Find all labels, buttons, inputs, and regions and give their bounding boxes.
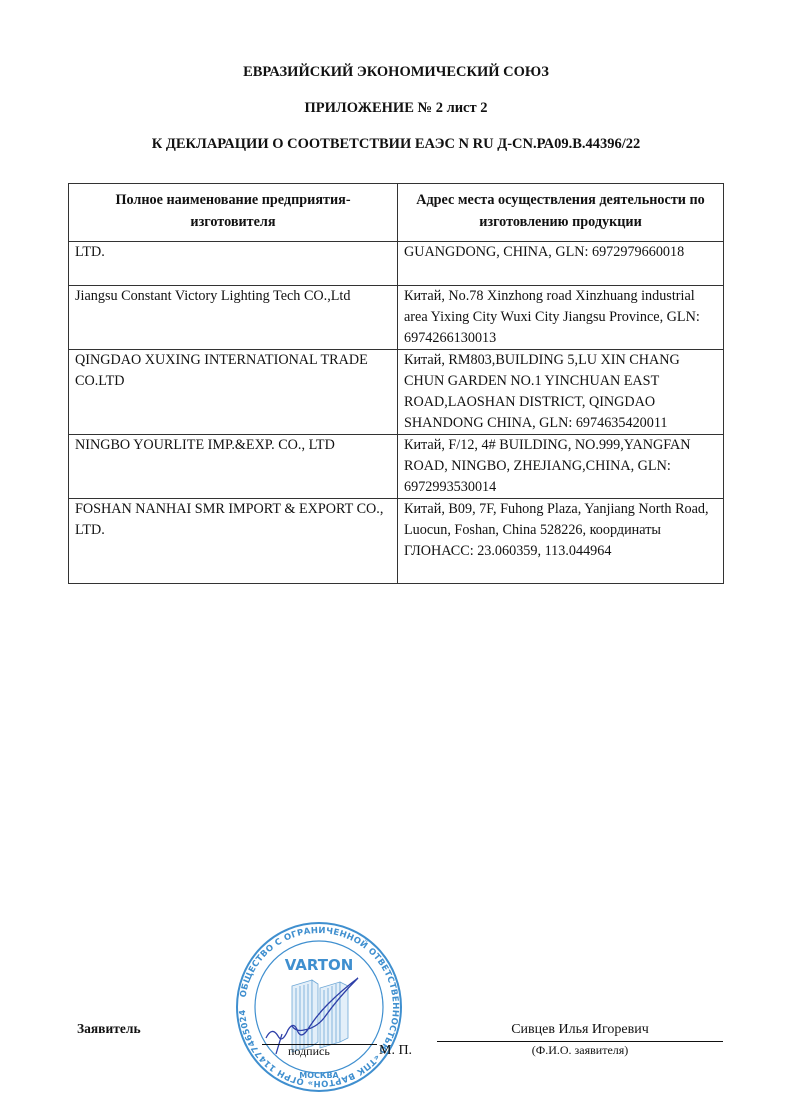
manufacturer-name: FOSHAN NANHAI SMR IMPORT & EXPORT CO., L… <box>69 499 398 584</box>
union-title: ЕВРАЗИЙСКИЙ ЭКОНОМИЧЕСКИЙ СОЮЗ <box>0 64 792 81</box>
table-row: NINGBO YOURLITE IMP.&EXP. CO., LTD Китай… <box>69 435 724 499</box>
column-header-address: Адрес места осуществления деятельности п… <box>398 184 724 242</box>
company-stamp: ОБЩЕСТВО С ОГРАНИЧЕННОЙ ОТВЕТСТВЕННОСТЬЮ… <box>230 918 408 1096</box>
manufacturer-address: Китай, B09, 7F, Fuhong Plaza, Yanjiang N… <box>398 499 724 584</box>
manufacturer-address: Китай, No.78 Xinzhong road Xinzhuang ind… <box>398 286 724 350</box>
name-line <box>437 1041 723 1042</box>
manufacturer-name: LTD. <box>69 242 398 286</box>
name-caption: (Ф.И.О. заявителя) <box>437 1043 723 1058</box>
table-row: FOSHAN NANHAI SMR IMPORT & EXPORT CO., L… <box>69 499 724 584</box>
manufacturer-address: GUANGDONG, CHINA, GLN: 6972979660018 <box>398 242 724 286</box>
declaration-title: К ДЕКЛАРАЦИИ О СООТВЕТСТВИИ ЕАЭС N RU Д-… <box>0 136 792 153</box>
table-row: QINGDAO XUXING INTERNATIONAL TRADE CO.LT… <box>69 350 724 435</box>
table-header-row: Полное наименование предприятия-изготови… <box>69 184 724 242</box>
manufacturer-address: Китай, RM803,BUILDING 5,LU XIN CHANG CHU… <box>398 350 724 435</box>
appendix-title: ПРИЛОЖЕНИЕ № 2 лист 2 <box>0 100 792 117</box>
table-row: Jiangsu Constant Victory Lighting Tech C… <box>69 286 724 350</box>
table-row: LTD. GUANGDONG, CHINA, GLN: 697297966001… <box>69 242 724 286</box>
seal-label: М. П. <box>379 1043 412 1059</box>
manufacturers-table: Полное наименование предприятия-изготови… <box>68 183 724 584</box>
stamp-city: МОСКВА <box>299 1071 339 1080</box>
building-logo-icon <box>292 980 348 1052</box>
stamp-brand: VARTON <box>285 956 354 974</box>
applicant-label: Заявитель <box>77 1021 141 1037</box>
applicant-name: Сивцев Илья Игоревич <box>437 1022 723 1038</box>
manufacturer-address: Китай, F/12, 4# BUILDING, NO.999,YANGFAN… <box>398 435 724 499</box>
manufacturer-name: QINGDAO XUXING INTERNATIONAL TRADE CO.LT… <box>69 350 398 435</box>
column-header-name: Полное наименование предприятия-изготови… <box>69 184 398 242</box>
manufacturer-name: NINGBO YOURLITE IMP.&EXP. CO., LTD <box>69 435 398 499</box>
signature-caption: подпись <box>288 1044 330 1059</box>
manufacturer-name: Jiangsu Constant Victory Lighting Tech C… <box>69 286 398 350</box>
